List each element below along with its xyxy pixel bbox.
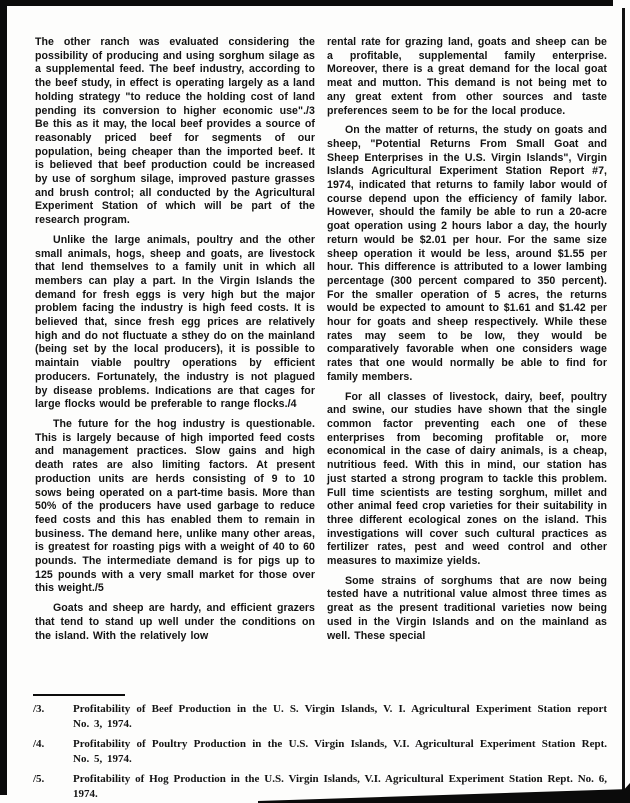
scan-edge-right-line [622,8,625,803]
footnote: /3. Profitability of Beef Production in … [33,702,607,732]
paragraph: For all classes of livestock, dairy, bee… [327,391,607,569]
left-column: The other ranch was evaluated considerin… [35,36,315,692]
paragraph: Unlike the large animals, poultry and th… [35,234,315,412]
footnote: /5. Profitability of Hog Production in t… [33,772,607,802]
footnote-marker: /5. [33,772,73,802]
footnote: /4. Profitability of Poultry Production … [33,737,607,767]
footnote-marker: /3. [33,702,73,732]
footnotes-section: /3. Profitability of Beef Production in … [33,702,607,803]
body-text-columns: The other ranch was evaluated considerin… [35,36,607,692]
footnote-text: Profitability of Beef Production in the … [73,702,607,732]
right-column: rental rate for grazing land, goats and … [327,36,607,692]
paragraph: The other ranch was evaluated considerin… [35,36,315,228]
scan-edge-left-bar [0,0,7,795]
paragraph: Some strains of sorghums that are now be… [327,575,607,644]
paragraph: The future for the hog industry is quest… [35,418,315,596]
footnote-separator [33,694,125,696]
footnote-text: Profitability of Hog Production in the U… [73,772,607,802]
scan-edge-top-bar [0,0,613,6]
footnote-marker: /4. [33,737,73,767]
paragraph: On the matter of returns, the study on g… [327,124,607,384]
paragraph: Goats and sheep are hardy, and efficient… [35,602,315,643]
paragraph: rental rate for grazing land, goats and … [327,36,607,118]
scanned-document-page: The other ranch was evaluated considerin… [0,0,630,803]
footnote-text: Profitability of Poultry Production in t… [73,737,607,767]
